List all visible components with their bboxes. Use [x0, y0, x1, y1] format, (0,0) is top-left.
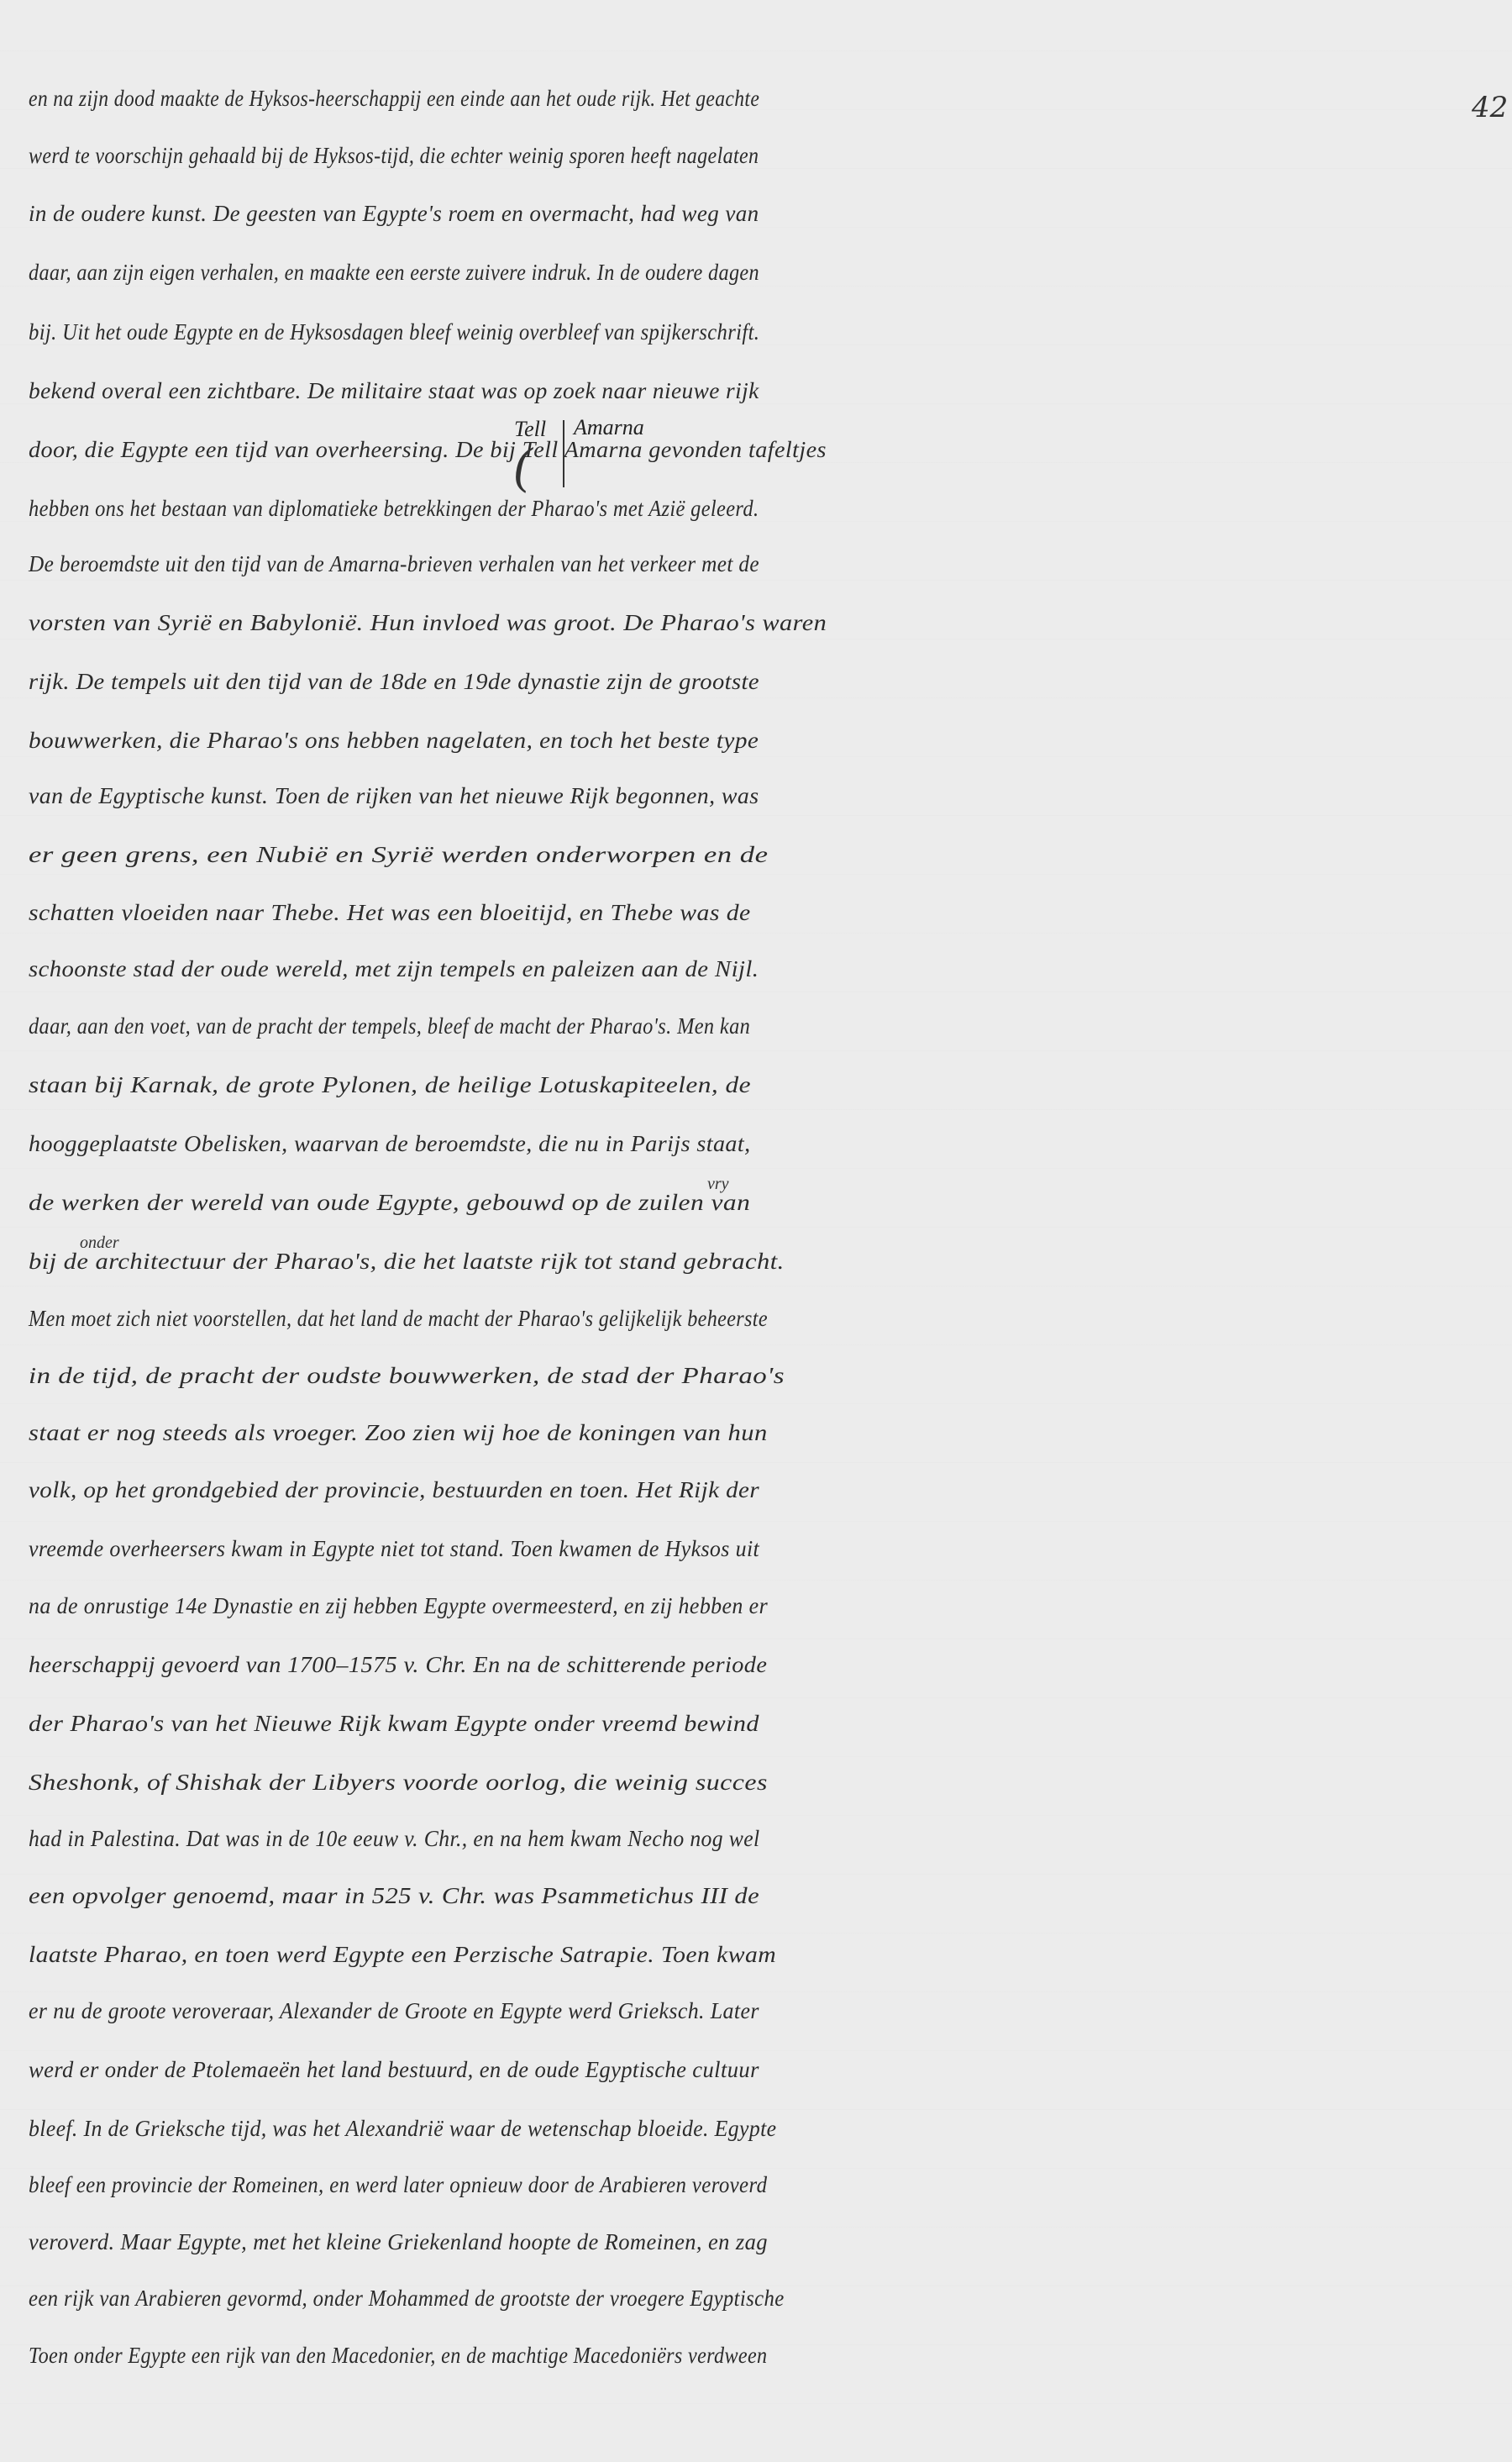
insertion-amarna: Amarna	[574, 415, 644, 440]
text-line: werd er onder de Ptolemaeën het land bes…	[29, 2059, 759, 2081]
text-line: een opvolger genoemd, maar in 525 v. Chr…	[29, 1885, 759, 1907]
text-line: hebben ons het bestaan van diplomatieke …	[29, 497, 759, 520]
text-line: daar, aan den voet, van de pracht der te…	[29, 1015, 750, 1038]
text-line: bekend overal een zichtbare. De militair…	[29, 380, 759, 402]
text-line: en na zijn dood maakte de Hyksos-heersch…	[29, 87, 759, 110]
text-line: er nu de groote veroveraar, Alexander de…	[29, 2000, 759, 2023]
text-line: een rijk van Arabieren gevormd, onder Mo…	[29, 2287, 785, 2310]
bracket-mark: (	[514, 437, 531, 495]
text-line: daar, aan zijn eigen verhalen, en maakte…	[29, 261, 759, 284]
text-line: volk, op het grondgebied der provincie, …	[29, 1479, 759, 1502]
text-line: bleef een provincie der Romeinen, en wer…	[29, 2174, 767, 2196]
text-line: staan bij Karnak, de grote Pylonen, de h…	[29, 1074, 751, 1097]
text-line: schatten vloeiden naar Thebe. Het was ee…	[29, 902, 751, 924]
text-line: schoonste stad der oude wereld, met zijn…	[29, 958, 759, 981]
text-line: hooggeplaatste Obelisken, waarvan de ber…	[29, 1133, 751, 1155]
text-line: vreemde overheersers kwam in Egypte niet…	[29, 1538, 759, 1560]
text-line: bij de architectuur der Pharao's, die he…	[29, 1250, 785, 1273]
text-line: der Pharao's van het Nieuwe Rijk kwam Eg…	[29, 1712, 759, 1735]
text-line: veroverd. Maar Egypte, met het kleine Gr…	[29, 2231, 768, 2254]
text-line: bij. Uit het oude Egypte en de Hyksosdag…	[29, 321, 759, 344]
text-line: bleef. In de Grieksche tijd, was het Ale…	[29, 2117, 776, 2140]
text-line: heerschappij gevoerd van 1700–1575 v. Ch…	[29, 1654, 767, 1676]
text-line: vorsten van Syrië en Babylonië. Hun invl…	[29, 612, 827, 634]
insertion-above-line: onder	[80, 1234, 119, 1253]
text-line: had in Palestina. Dat was in de 10e eeuw…	[29, 1828, 760, 1850]
text-line: in de oudere kunst. De geesten van Egypt…	[29, 203, 759, 225]
text-line: laatste Pharao, en toen werd Egypte een …	[29, 1944, 776, 1966]
text-line: na de onrustige 14e Dynastie en zij hebb…	[29, 1595, 768, 1618]
insertion-above-line: vry	[707, 1175, 729, 1194]
manuscript-page: 42 en na zijn dood maakte de Hyksos-heer…	[0, 0, 1512, 2462]
handwritten-text-body: en na zijn dood maakte de Hyksos-heersch…	[0, 0, 924, 2462]
text-line: de werken der wereld van oude Egypte, ge…	[29, 1192, 750, 1214]
text-line: van de Egyptische kunst. Toen de rijken …	[29, 785, 759, 808]
text-line: De beroemdste uit den tijd van de Amarna…	[29, 553, 759, 576]
text-line: Men moet zich niet voorstellen, dat het …	[29, 1307, 768, 1330]
text-line: staat er nog steeds als vroeger. Zoo zie…	[29, 1422, 768, 1444]
text-line: in de tijd, de pracht der oudste bouwwer…	[29, 1365, 785, 1387]
text-line: Toen onder Egypte een rijk van den Maced…	[29, 2344, 767, 2367]
insertion-divider	[563, 420, 564, 487]
text-line: er geen grens, een Nubië en Syrië werden…	[29, 844, 768, 866]
text-line: door, die Egypte een tijd van overheersi…	[29, 439, 827, 461]
page-number: 42	[1472, 91, 1508, 124]
text-line: werd te voorschijn gehaald bij de Hyksos…	[29, 145, 759, 167]
text-line: rijk. De tempels uit den tijd van de 18d…	[29, 671, 759, 693]
text-line: Sheshonk, of Shishak der Libyers voorde …	[29, 1771, 768, 1794]
text-line: bouwwerken, die Pharao's ons hebben nage…	[29, 729, 759, 752]
